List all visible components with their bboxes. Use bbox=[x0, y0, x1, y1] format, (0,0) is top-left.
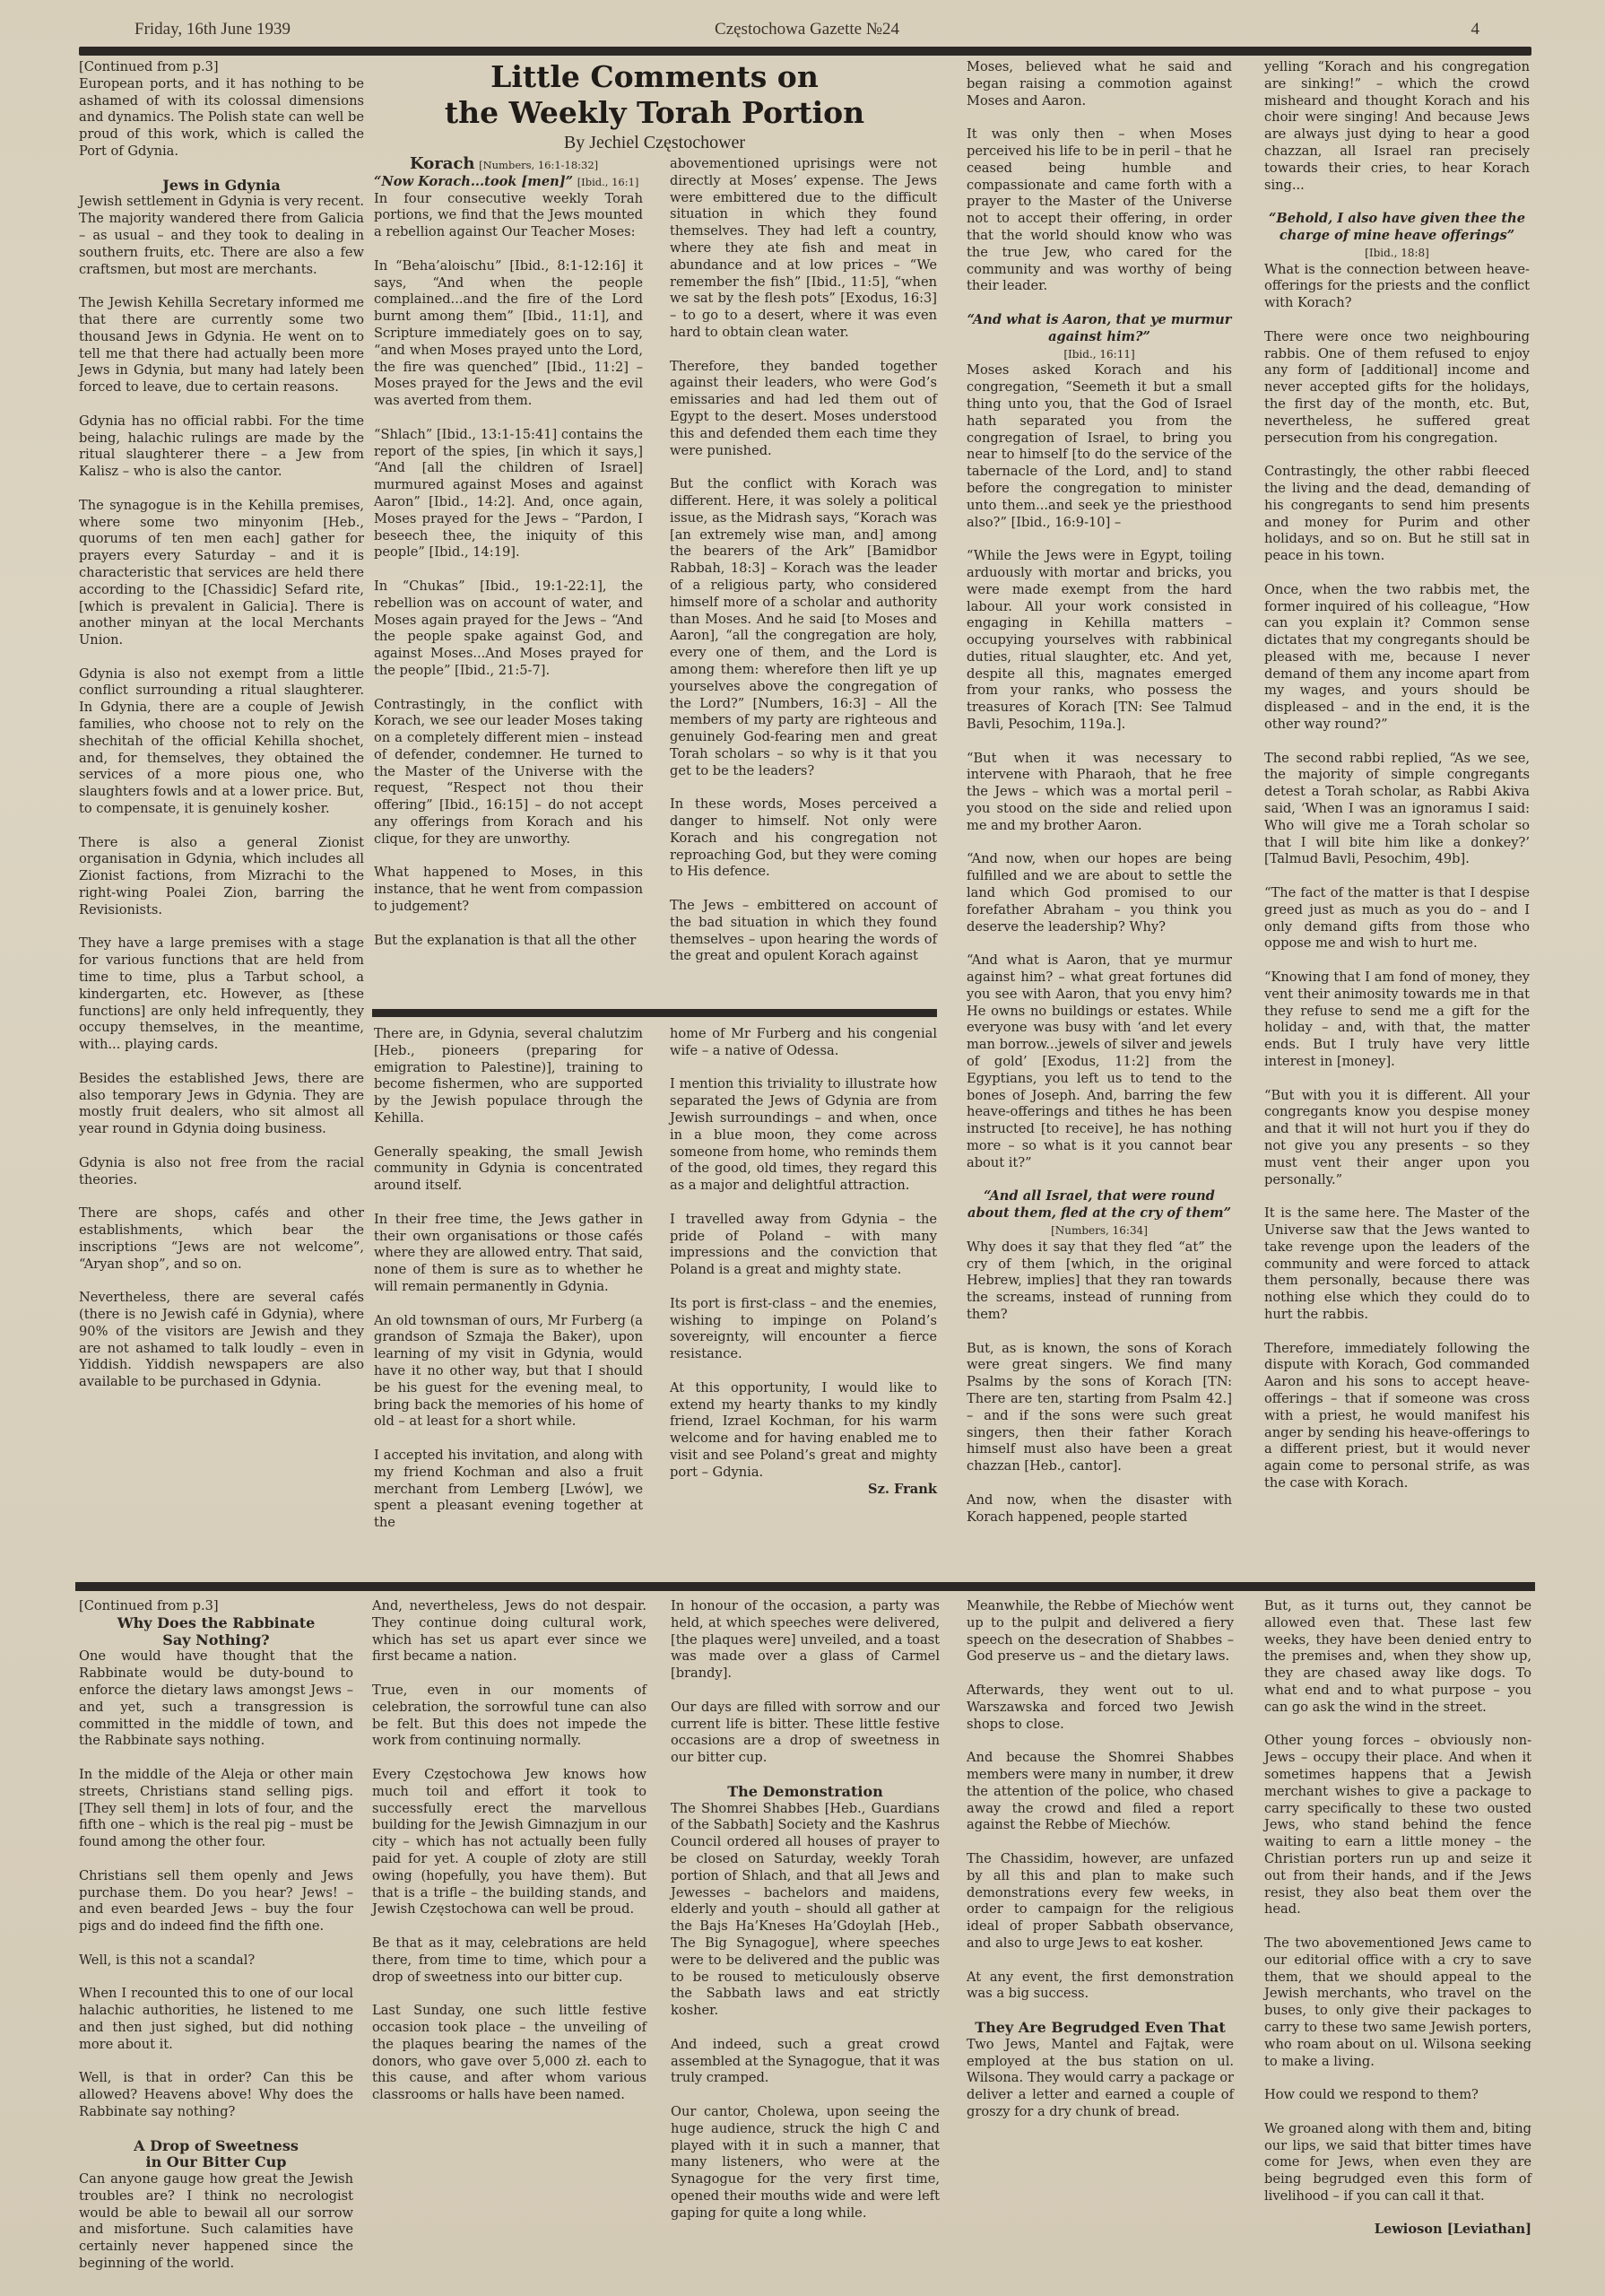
paragraph: Two Jews, Mantel and Fajtak, were employ… bbox=[967, 2037, 1234, 2121]
paragraph: In these words, Moses perceived a danger… bbox=[670, 796, 937, 881]
paragraph: Moses, believed what he said and began r… bbox=[967, 59, 1232, 109]
paragraph: In the middle of the Aleja or other main… bbox=[79, 1767, 353, 1851]
paragraph: Besides the established Jews, there are … bbox=[79, 1071, 364, 1138]
paragraph: I mention this triviality to illustrate … bbox=[670, 1076, 937, 1195]
page-number: 4 bbox=[1471, 20, 1480, 39]
paragraph: But, as it turns out, they cannot be all… bbox=[1264, 1598, 1531, 1717]
quote-ref: [Numbers, 16:34] bbox=[967, 1222, 1232, 1239]
paragraph: And now, when the disaster with Korach h… bbox=[967, 1492, 1232, 1526]
publication-title: Częstochowa Gazette №24 bbox=[134, 20, 1479, 39]
section-rule bbox=[75, 1582, 1535, 1591]
lower-col-4: Meanwhile, the Rebbe of Miechów went up … bbox=[967, 1598, 1234, 2121]
paragraph: Why does it say that they fled “at” the … bbox=[967, 1239, 1232, 1324]
paragraph: Christians sell them openly and Jews pur… bbox=[79, 1868, 353, 1935]
paragraph: And, nevertheless, Jews do not despair. … bbox=[372, 1598, 646, 1665]
paragraph: They have a large premises with a stage … bbox=[79, 935, 364, 1054]
paragraph: There were once two neighbouring rabbis.… bbox=[1264, 329, 1530, 448]
paragraph: In their free time, the Jews gather in t… bbox=[374, 1212, 643, 1296]
newspaper-page: Friday, 16th June 1939 Częstochowa Gazet… bbox=[0, 0, 1605, 2296]
paragraph: The Shomrei Shabbes [Heb., Guardians of … bbox=[671, 1801, 940, 2020]
headline-line-2: the Weekly Torah Portion bbox=[372, 95, 937, 131]
torah-article-col-c: Moses, believed what he said and began r… bbox=[967, 59, 1232, 1543]
paragraph: There are shops, cafés and other establi… bbox=[79, 1205, 364, 1273]
quote-heading: “Behold, I also have given thee the char… bbox=[1264, 211, 1530, 245]
paragraph: In honour of the occasion, a party was h… bbox=[671, 1598, 940, 1683]
paragraph: “And now, when our hopes are being fulfi… bbox=[967, 851, 1232, 935]
article-divider bbox=[372, 1009, 937, 1017]
torah-article-col-a: Korach [Numbers, 16:1-18:32] “Now Korach… bbox=[374, 156, 643, 966]
paragraph: The second rabbi replied, “As we see, th… bbox=[1264, 751, 1530, 869]
paragraph: Afterwards, they went out to ul. Warszaw… bbox=[967, 1683, 1234, 1733]
gdynia-article-col2: There are, in Gdynia, several chalutzim … bbox=[374, 1026, 643, 1549]
paragraph: Contrastingly, in the conflict with Kora… bbox=[374, 697, 643, 848]
paragraph: Contrastingly, the other rabbi fleeced t… bbox=[1264, 464, 1530, 565]
paragraph: Its port is first-class – and the enemie… bbox=[670, 1296, 937, 1363]
paragraph: How could we respond to them? bbox=[1264, 2087, 1531, 2104]
paragraph: European ports, and it has nothing to be… bbox=[79, 76, 364, 161]
paragraph: “The fact of the matter is that I despis… bbox=[1264, 885, 1530, 952]
torah-article-col-d: yelling “Korach and his congregation are… bbox=[1264, 59, 1530, 1509]
torah-article-col-b: abovementioned uprisings were not direct… bbox=[670, 156, 937, 982]
continued-note: [Continued from p.3] bbox=[79, 1598, 353, 1615]
paragraph: Moses asked Korach and his congregation,… bbox=[967, 362, 1232, 531]
quote-ref: [Ibid., 16:1] bbox=[577, 176, 639, 188]
paragraph: Every Częstochowa Jew knows how much toi… bbox=[372, 1767, 646, 1918]
paragraph: The Jews – embittered on account of the … bbox=[670, 898, 937, 965]
paragraph: I travelled away from Gdynia – the pride… bbox=[670, 1212, 937, 1279]
paragraph: The synagogue is in the Kehilla premises… bbox=[79, 498, 364, 649]
paragraph: What is the connection between heave-off… bbox=[1264, 262, 1530, 312]
lower-col-1: [Continued from p.3] Why Does the Rabbin… bbox=[79, 1598, 353, 2273]
heading-drop-of-sweetness: A Drop of Sweetnessin Our Bitter Cup bbox=[79, 2138, 353, 2172]
paragraph: And indeed, such a great crowd assembled… bbox=[671, 2037, 940, 2087]
paragraph: The Jewish Kehilla Secretary informed me… bbox=[79, 295, 364, 396]
portion-name: Korach bbox=[410, 154, 474, 173]
paragraph: But the explanation is that all the othe… bbox=[374, 933, 643, 950]
subheading-jews-in-gdynia: Jews in Gdynia bbox=[79, 178, 364, 195]
paragraph: “Knowing that I am fond of money, they v… bbox=[1264, 970, 1530, 1071]
paragraph: Therefore, they banded together against … bbox=[670, 359, 937, 460]
paragraph: Nevertheless, there are several cafés (t… bbox=[79, 1290, 364, 1391]
headline-line-1: Little Comments on bbox=[372, 59, 937, 95]
byline: By Jechiel Częstochower bbox=[372, 133, 937, 153]
paragraph: Our cantor, Cholewa, upon seeing the hug… bbox=[671, 2104, 940, 2222]
paragraph: Gdynia is also not free from the racial … bbox=[79, 1155, 364, 1189]
paragraph: Our days are filled with sorrow and our … bbox=[671, 1700, 940, 1767]
opening-quote: “Now Korach...took [men]” bbox=[374, 174, 573, 189]
paragraph: When I recounted this to one of our loca… bbox=[79, 1986, 353, 2053]
paragraph: An old townsman of ours, Mr Furberg (a g… bbox=[374, 1313, 643, 1431]
paragraph: Last Sunday, one such little festive occ… bbox=[372, 2003, 646, 2104]
paragraph: “Shlach” [Ibid., 13:1-15:41] contains th… bbox=[374, 427, 643, 561]
paragraph: home of Mr Furberg and his congenial wif… bbox=[670, 1026, 937, 1060]
paragraph: The two abovementioned Jews came to our … bbox=[1264, 1935, 1531, 2070]
paragraph: Jewish settlement in Gdynia is very rece… bbox=[79, 194, 364, 278]
paragraph: There are, in Gdynia, several chalutzim … bbox=[374, 1026, 643, 1127]
paragraph: “And what is Aaron, that ye murmur again… bbox=[967, 952, 1232, 1171]
paragraph: “While the Jews were in Egypt, toiling a… bbox=[967, 548, 1232, 734]
paragraph: Gdynia is also not exempt from a little … bbox=[79, 666, 364, 818]
header-rule bbox=[79, 47, 1531, 56]
paragraph: yelling “Korach and his congregation are… bbox=[1264, 59, 1530, 194]
running-header: Friday, 16th June 1939 Częstochowa Gazet… bbox=[134, 20, 1479, 43]
paragraph: What happened to Moses, in this instance… bbox=[374, 865, 643, 915]
paragraph: “But with you it is different. All your … bbox=[1264, 1088, 1530, 1189]
paragraph: In four consecutive weekly Torah portion… bbox=[374, 191, 643, 241]
quote-ref: [Ibid., 18:8] bbox=[1264, 245, 1530, 262]
paragraph: Gdynia has no official rabbi. For the ti… bbox=[79, 413, 364, 481]
paragraph: And because the Shomrei Shabbes members … bbox=[967, 1750, 1234, 1834]
paragraph: At this opportunity, I would like to ext… bbox=[670, 1380, 937, 1482]
paragraph: Be that as it may, celebrations are held… bbox=[372, 1935, 646, 1986]
paragraph: We groaned along with them and, biting o… bbox=[1264, 2121, 1531, 2205]
torah-article-headline: Little Comments on the Weekly Torah Port… bbox=[372, 59, 937, 131]
heading-demonstration: The Demonstration bbox=[671, 1784, 940, 1801]
paragraph: But the conflict with Korach was differe… bbox=[670, 476, 937, 779]
heading-rabbinate: Why Does the RabbinateSay Nothing? bbox=[79, 1615, 353, 1649]
paragraph: True, even in our moments of celebration… bbox=[372, 1683, 646, 1750]
gdynia-article-col1: [Continued from p.3] European ports, and… bbox=[79, 59, 364, 1408]
gdynia-article-col3: home of Mr Furberg and his congenial wif… bbox=[670, 1026, 937, 1498]
paragraph: In “Beha’aloischu” [Ibid., 8:1-12:16] it… bbox=[374, 258, 643, 410]
paragraph: It is the same here. The Master of the U… bbox=[1264, 1205, 1530, 1324]
quote-heading: “And what is Aaron, that ye murmur again… bbox=[967, 312, 1232, 346]
quote-ref: [Ibid., 16:11] bbox=[967, 346, 1232, 363]
paragraph: It was only then – when Moses perceived … bbox=[967, 126, 1232, 295]
quote-heading: “And all Israel, that were round about t… bbox=[967, 1188, 1232, 1222]
paragraph: Once, when the two rabbis met, the forme… bbox=[1264, 582, 1530, 734]
author-signature: Sz. Frank bbox=[670, 1482, 937, 1499]
paragraph: The Chassidim, however, are unfazed by a… bbox=[967, 1851, 1234, 1952]
paragraph: Meanwhile, the Rebbe of Miechów went up … bbox=[967, 1598, 1234, 1665]
paragraph: Well, is this not a scandal? bbox=[79, 1952, 353, 1970]
lower-col-3: In honour of the occasion, a party was h… bbox=[671, 1598, 940, 2222]
paragraph: Therefore, immediately following the dis… bbox=[1264, 1341, 1530, 1492]
heading-begrudged: They Are Begrudged Even That bbox=[967, 2020, 1234, 2037]
paragraph: But, as is known, the sons of Korach wer… bbox=[967, 1341, 1232, 1475]
paragraph: Well, is that in order? Can this be allo… bbox=[79, 2070, 353, 2120]
paragraph: I accepted his invitation, and along wit… bbox=[374, 1448, 643, 1532]
paragraph: There is also a general Zionist organisa… bbox=[79, 835, 364, 919]
paragraph: One would have thought that the Rabbinat… bbox=[79, 1648, 353, 1750]
lower-col-2: And, nevertheless, Jews do not despair. … bbox=[372, 1598, 646, 2121]
paragraph: “But when it was necessary to intervene … bbox=[967, 751, 1232, 835]
paragraph: At any event, the first demonstration wa… bbox=[967, 1970, 1234, 2004]
author-signature: Lewioson [Leviathan] bbox=[1264, 2222, 1531, 2239]
paragraph: Other young forces – obviously non-Jews … bbox=[1264, 1733, 1531, 1918]
paragraph: Can anyone gauge how great the Jewish tr… bbox=[79, 2171, 353, 2273]
paragraph: In “Chukas” [Ibid., 19:1-22:1], the rebe… bbox=[374, 578, 643, 680]
paragraph: Generally speaking, the small Jewish com… bbox=[374, 1144, 643, 1195]
paragraph: abovementioned uprisings were not direct… bbox=[670, 156, 937, 342]
lower-col-5: But, as it turns out, they cannot be all… bbox=[1264, 1598, 1531, 2239]
portion-ref: [Numbers, 16:1-18:32] bbox=[479, 159, 598, 171]
continued-note: [Continued from p.3] bbox=[79, 59, 364, 76]
